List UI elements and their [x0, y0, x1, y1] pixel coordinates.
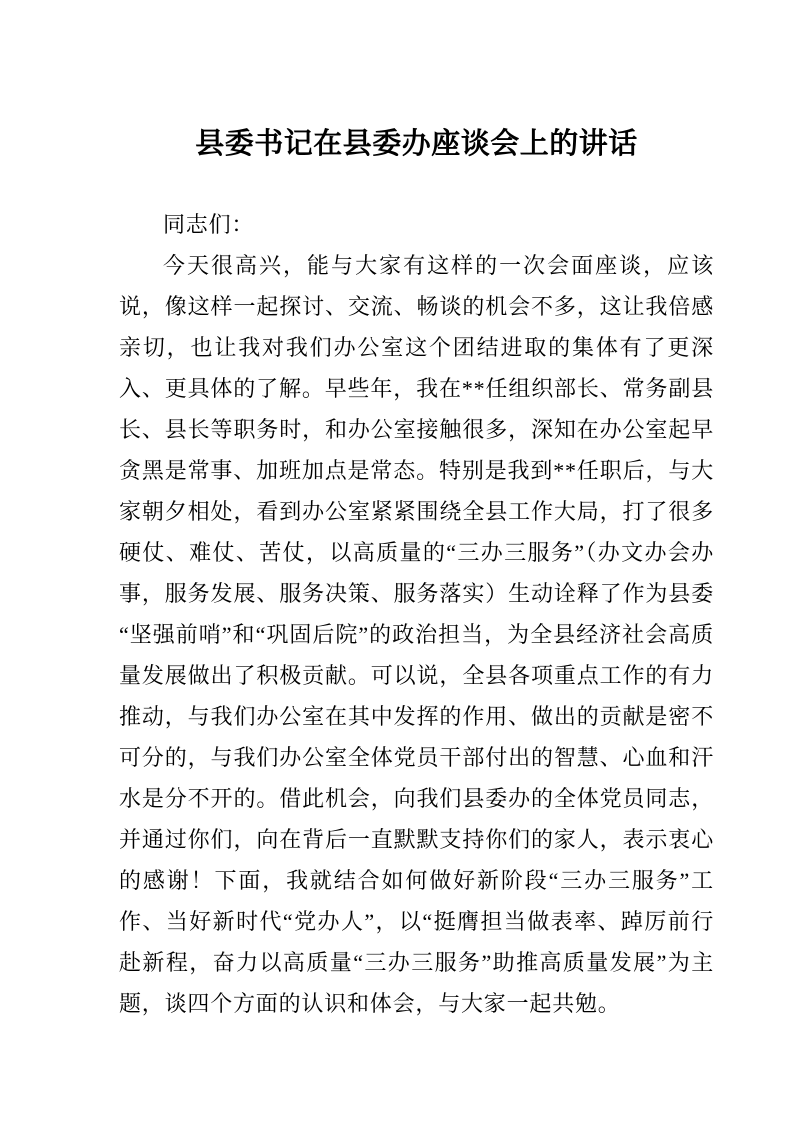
document-title: 县委书记在县委办座谈会上的讲话: [119, 126, 714, 163]
document-page: 县委书记在县委办座谈会上的讲话 同志们： 今天很高兴，能与大家有这样的一次会面座…: [0, 0, 793, 1122]
body-paragraph: 今天很高兴，能与大家有这样的一次会面座谈，应该说，像这样一起探讨、交流、畅谈的机…: [119, 245, 714, 1024]
greeting-paragraph: 同志们：: [119, 204, 714, 245]
document-body: 同志们： 今天很高兴，能与大家有这样的一次会面座谈，应该说，像这样一起探讨、交流…: [119, 204, 714, 1024]
